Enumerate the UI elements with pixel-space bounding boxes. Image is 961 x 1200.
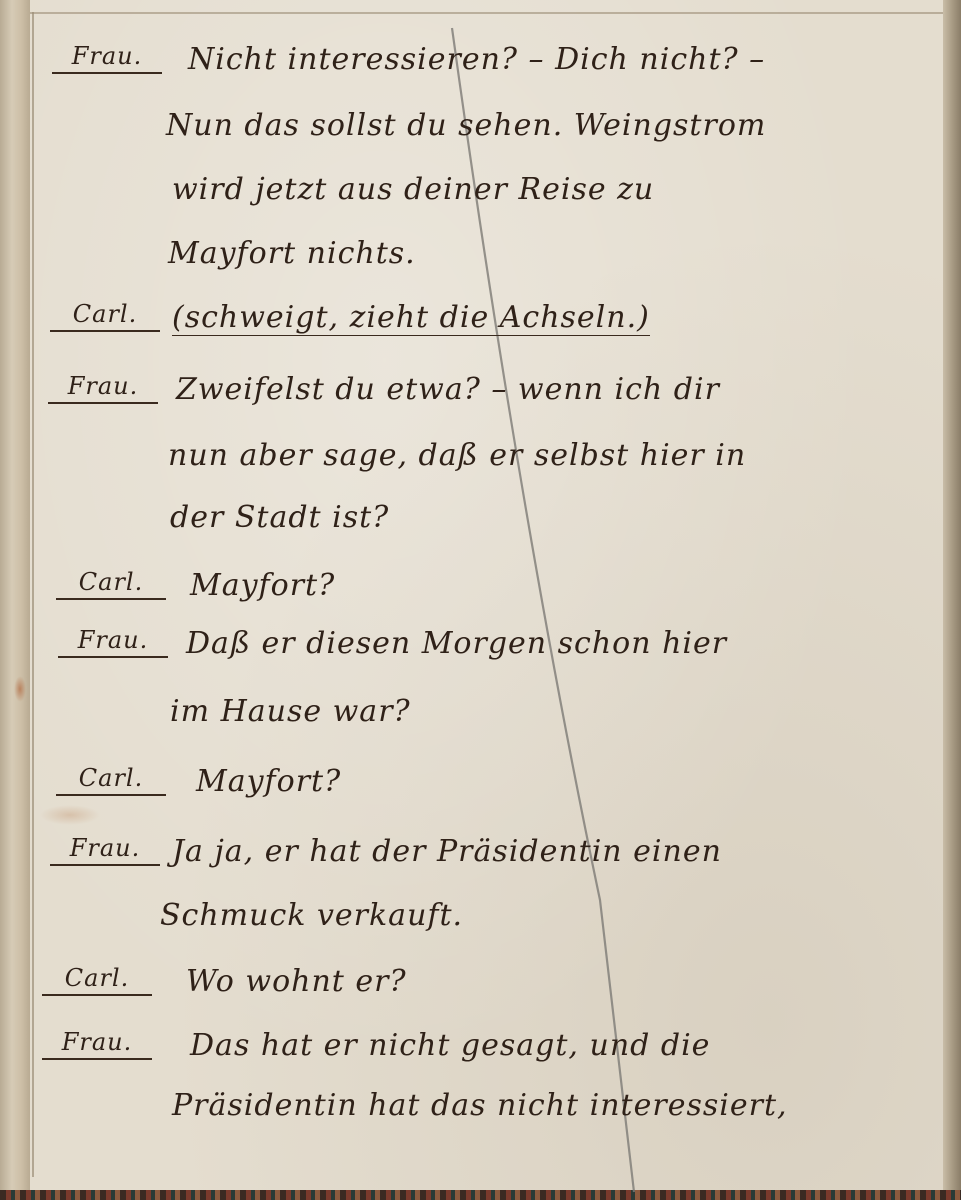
dialogue-text: Zweifelst du etwa? – wenn ich dir <box>176 372 720 407</box>
speaker-label: Carl. <box>50 300 160 332</box>
dialogue-text: Mayfort? <box>196 764 341 799</box>
book-binding-edge <box>0 0 30 1200</box>
dialogue-text: im Hause war? <box>170 694 411 729</box>
paper-stain <box>14 676 26 702</box>
speaker-label: Carl. <box>56 568 166 600</box>
dialogue-text: Schmuck verkauft. <box>160 898 463 933</box>
dialogue-text: Nicht interessieren? – Dich nicht? – <box>188 42 765 77</box>
dialogue-text: Nun das sollst du sehen. Weingstrom <box>166 108 766 143</box>
dialogue-text: Das hat er nicht gesagt, und die <box>190 1028 710 1063</box>
dialogue-text: Ja ja, er hat der Präsidentin einen <box>172 834 722 869</box>
speaker-label: Frau. <box>42 1028 152 1060</box>
marbled-cover-edge <box>0 1190 961 1200</box>
speaker-label: Carl. <box>56 764 166 796</box>
dialogue-text: Präsidentin hat das nicht interessiert, <box>172 1088 788 1123</box>
speaker-label: Frau. <box>50 834 160 866</box>
speaker-label: Frau. <box>52 42 162 74</box>
page-right-edge <box>943 0 961 1200</box>
dialogue-text: nun aber sage, daß er selbst hier in <box>168 438 746 473</box>
dialogue-text: Mayfort? <box>190 568 335 603</box>
speaker-label: Frau. <box>48 372 158 404</box>
page-frame-line <box>32 12 34 1177</box>
dialogue-text: der Stadt ist? <box>170 500 389 535</box>
page-frame-line <box>30 12 945 14</box>
dialogue-text: Wo wohnt er? <box>186 964 407 999</box>
dialogue-text: Mayfort nichts. <box>168 236 416 271</box>
stage-direction: (schweigt, zieht die Achseln.) <box>172 300 650 336</box>
dialogue-text: Daß er diesen Morgen schon hier <box>186 626 727 661</box>
dialogue-text: wird jetzt aus deiner Reise zu <box>172 172 654 207</box>
speaker-label: Frau. <box>58 626 168 658</box>
paper-stain <box>40 805 100 825</box>
speaker-label: Carl. <box>42 964 152 996</box>
manuscript-page: Frau. Nicht interessieren? – Dich nicht?… <box>0 0 961 1200</box>
